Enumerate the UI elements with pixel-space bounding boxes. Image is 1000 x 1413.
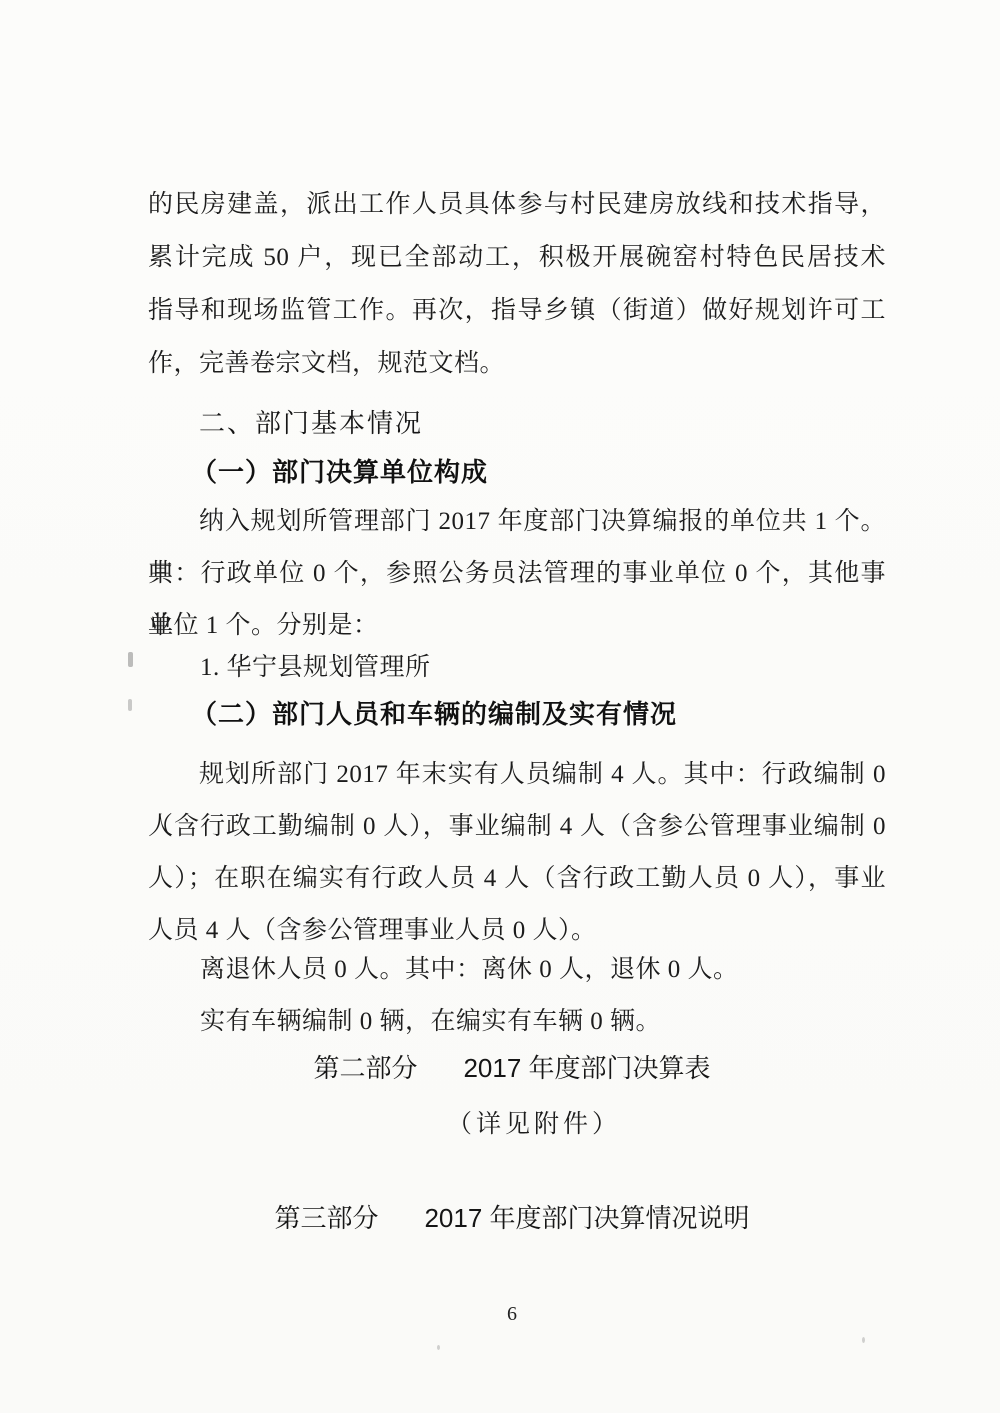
page-number: 6 xyxy=(12,1301,1000,1327)
part2-label: 第二部分 xyxy=(313,1053,417,1083)
body-line: 指导和现场监管工作。再次，指导乡镇（街道）做好规划许可工 xyxy=(148,284,886,337)
intro-paragraph: 的民房建盖，派出工作人员具体参与村民建房放线和技术指导， 累计完成 50 户，现… xyxy=(148,178,886,390)
subsection-heading-staff-vehicles: （二）部门人员和车辆的编制及实有情况 xyxy=(191,692,677,736)
scan-artifact xyxy=(128,699,132,711)
body-line: 累计完成 50 户，现已全部动工，积极开展碗窑村特色民居技术 xyxy=(148,231,886,284)
body-line: （含行政工勤编制 0 人），事业编制 4 人（含参公管理事业编制 0 xyxy=(148,801,886,853)
scan-artifact xyxy=(862,1337,865,1343)
staff-vehicles-paragraph: 规划所部门 2017 年末实有人员编制 4 人。其中：行政编制 0 人 （含行政… xyxy=(148,749,886,957)
subsection-heading-unit-composition: （一）部门决算单位构成 xyxy=(191,450,488,494)
vehicles-line: 实有车辆编制 0 辆，在编实有车辆 0 辆。 xyxy=(200,998,661,1046)
body-line: 作，完善卷宗文档，规范文档。 xyxy=(148,337,886,390)
body-line: 中：行政单位 0 个，参照公务员法管理的事业单位 0 个，其他事业 xyxy=(148,548,886,600)
body-line: 规划所部门 2017 年末实有人员编制 4 人。其中：行政编制 0 人 xyxy=(148,749,886,801)
part3-heading: 第三部分2017 年度部门决算情况说明 xyxy=(12,1196,1000,1240)
part3-label: 第三部分 xyxy=(274,1203,378,1233)
scanned-document-page: 的民房建盖，派出工作人员具体参与村民建房放线和技术指导， 累计完成 50 户，现… xyxy=(0,0,1000,1413)
body-line: 纳入规划所管理部门 2017 年度部门决算编报的单位共 1 个。其 xyxy=(148,496,886,548)
body-line: 的民房建盖，派出工作人员具体参与村民建房放线和技术指导， xyxy=(148,178,886,231)
body-line: 人）；在职在编实有行政人员 4 人（含行政工勤人员 0 人），事业 xyxy=(148,853,886,905)
scan-artifact xyxy=(437,1345,440,1350)
unit-list-item: 1. 华宁县规划管理所 xyxy=(200,644,431,692)
attachment-note: （详见附件） xyxy=(34,1102,1000,1148)
retirees-line: 离退休人员 0 人。其中：离休 0 人，退休 0 人。 xyxy=(200,946,739,994)
scan-artifact xyxy=(128,652,133,667)
part3-title: 2017 年度部门决算情况说明 xyxy=(424,1203,749,1233)
unit-composition-paragraph: 纳入规划所管理部门 2017 年度部门决算编报的单位共 1 个。其 中：行政单位… xyxy=(148,496,886,652)
part2-title: 2017 年度部门决算表 xyxy=(463,1053,710,1083)
section-heading-basic-info: 二、部门基本情况 xyxy=(199,402,423,444)
part2-heading: 第二部分2017 年度部门决算表 xyxy=(12,1046,1000,1090)
